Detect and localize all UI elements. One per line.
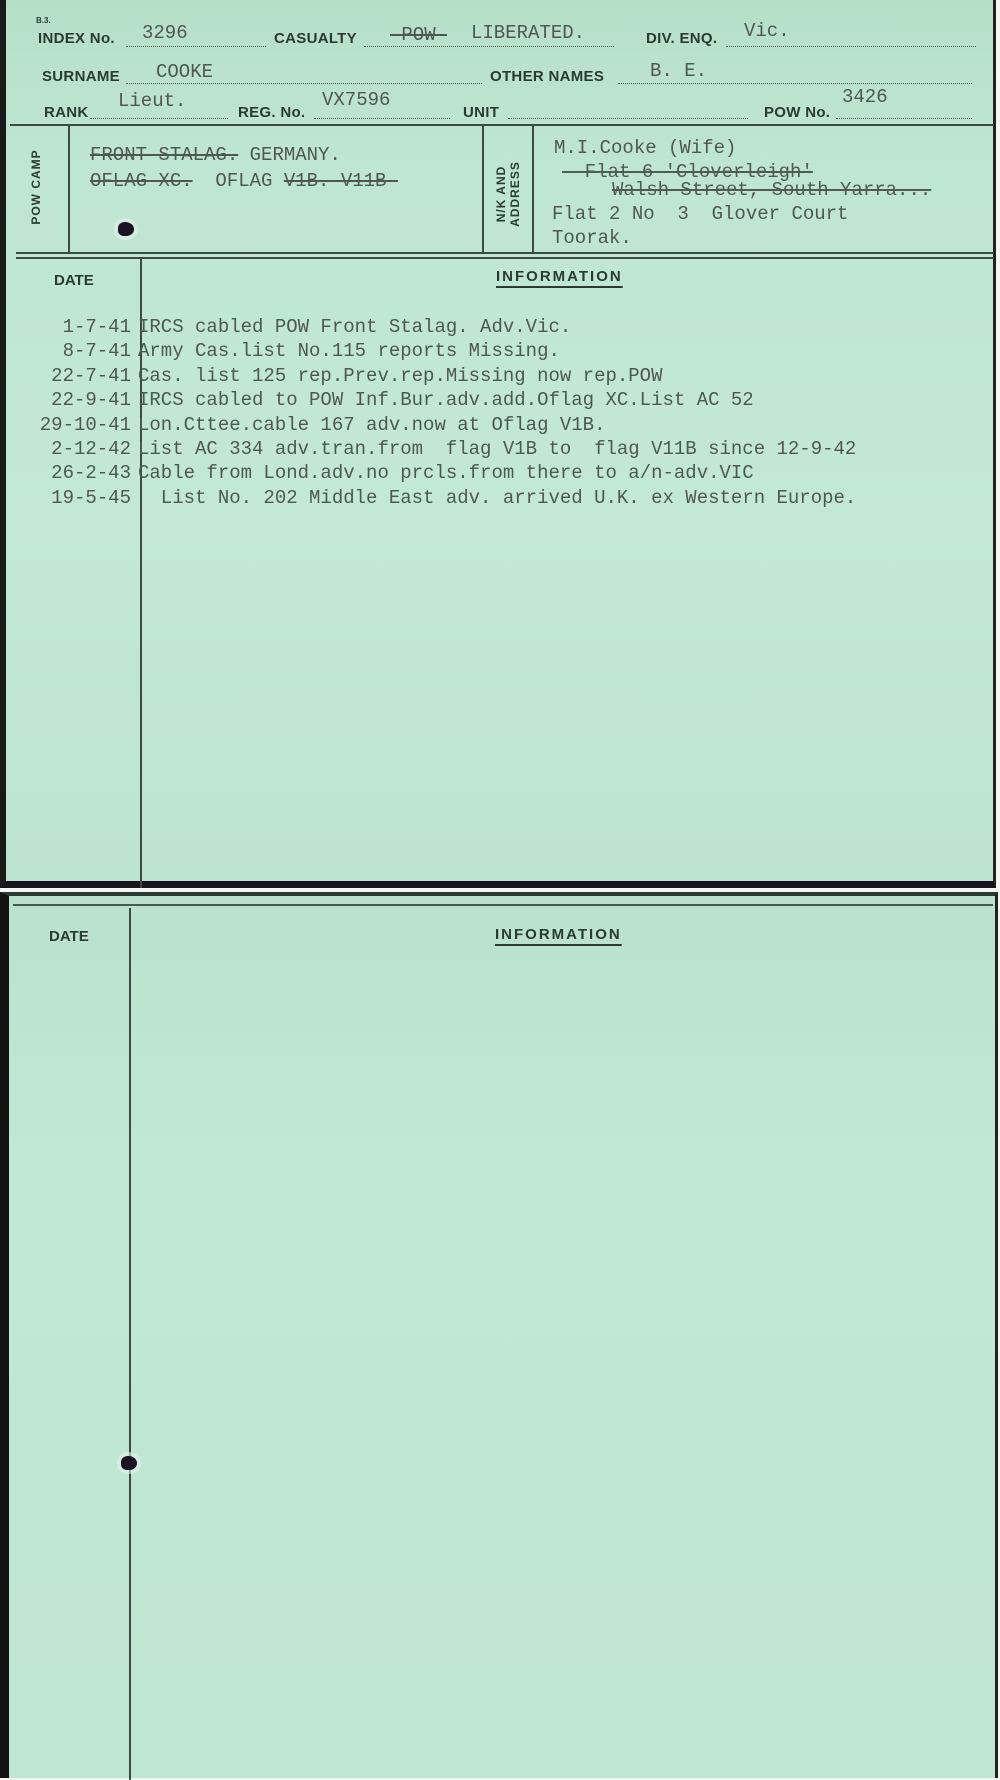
pow-no-label: POW No. <box>764 104 830 121</box>
nk-address-line-1: Flat 2 No 3 Glover Court <box>552 202 931 226</box>
row-information: Cable from Lond.adv.no prcls.from there … <box>138 462 754 484</box>
pow-camp-struck-1: FRONT-STALAG. <box>90 144 238 166</box>
surname-value: COOKE <box>156 61 213 83</box>
nk-label-line1: N/K AND <box>494 166 508 223</box>
nk-address-line-2: Toorak. <box>552 226 931 250</box>
row-date: 2-12-42 <box>51 438 131 460</box>
other-names-label: OTHER NAMES <box>490 68 604 85</box>
pow-camp-struck-2: OFLAG-XC. <box>90 170 193 192</box>
pow-no-value: 3426 <box>842 86 888 108</box>
nk-address-text: M.I.Cooke (Wife) --Flat 6 'Cloverleigh' … <box>552 136 931 250</box>
information-header-back: INFORMATION <box>495 926 622 943</box>
information-header: INFORMATION <box>496 268 623 285</box>
nk-label-line2: ADDRESS <box>508 161 522 227</box>
other-names-value: B. E. <box>650 60 707 82</box>
record-card-front: B.3. INDEX No. 3296 CASUALTY -POW- LIBER… <box>0 0 996 888</box>
div-enq-label: DIV. ENQ. <box>646 30 717 47</box>
div-enq-value: Vic. <box>744 20 790 42</box>
row-date: 26-2-43 <box>51 462 131 484</box>
row-information: Cas. list 125 rep.Prev.rep.Missing now r… <box>138 365 663 387</box>
punch-hole-back <box>121 1456 137 1470</box>
index-no-value: 3296 <box>142 22 188 44</box>
casualty-label: CASUALTY <box>274 30 357 47</box>
rank-label: RANK <box>44 104 89 121</box>
row-information: List No. 202 Middle East adv. arrived U.… <box>138 487 856 509</box>
record-card-back: DATE INFORMATION <box>0 892 998 1778</box>
row-date: 22-9-41 <box>51 389 131 411</box>
pow-camp-label: POW CAMP <box>29 147 43 227</box>
row-information: IRCS cabled POW Front Stalag. Adv.Vic. <box>138 316 571 338</box>
casualty-struck-value: -POW- <box>390 24 447 46</box>
reg-no-label: REG. No. <box>238 104 305 121</box>
index-no-label: INDEX No. <box>38 30 115 47</box>
date-header-back: DATE <box>49 928 89 945</box>
pow-camp-struck-3: V1B.-V11B- <box>284 170 398 192</box>
casualty-value: LIBERATED. <box>471 22 585 44</box>
nk-address-label: N/K ANDADDRESS <box>494 154 522 234</box>
row-information: Lon.Cttee.cable 167 adv.now at Oflag V1B… <box>138 414 605 436</box>
pow-camp-lines: FRONT-STALAG. GERMANY. OFLAG-XC. OFLAG V… <box>90 142 398 194</box>
surname-label: SURNAME <box>42 68 120 85</box>
punch-hole <box>118 222 134 236</box>
row-date: 22-7-41 <box>51 365 131 387</box>
row-date: 8-7-41 <box>63 340 131 362</box>
nk-name: M.I.Cooke (Wife) <box>552 136 931 160</box>
date-header: DATE <box>54 272 94 289</box>
row-date: 19-5-45 <box>51 487 131 509</box>
pow-camp-text-1: GERMANY. <box>238 144 341 166</box>
row-information: List AC 334 adv.tran.from flag V1B to fl… <box>138 438 856 460</box>
unit-label: UNIT <box>463 104 499 121</box>
row-date: 1-7-41 <box>63 316 131 338</box>
reg-no-value: VX7596 <box>322 89 390 111</box>
form-code: B.3. <box>36 16 51 25</box>
row-date: 29-10-41 <box>40 414 131 436</box>
rank-value: Lieut. <box>118 90 186 112</box>
row-information: IRCS cabled to POW Inf.Bur.adv.add.Oflag… <box>138 389 754 411</box>
pow-camp-text-2: OFLAG <box>193 170 284 192</box>
row-information: Army Cas.list No.115 reports Missing. <box>138 340 560 362</box>
